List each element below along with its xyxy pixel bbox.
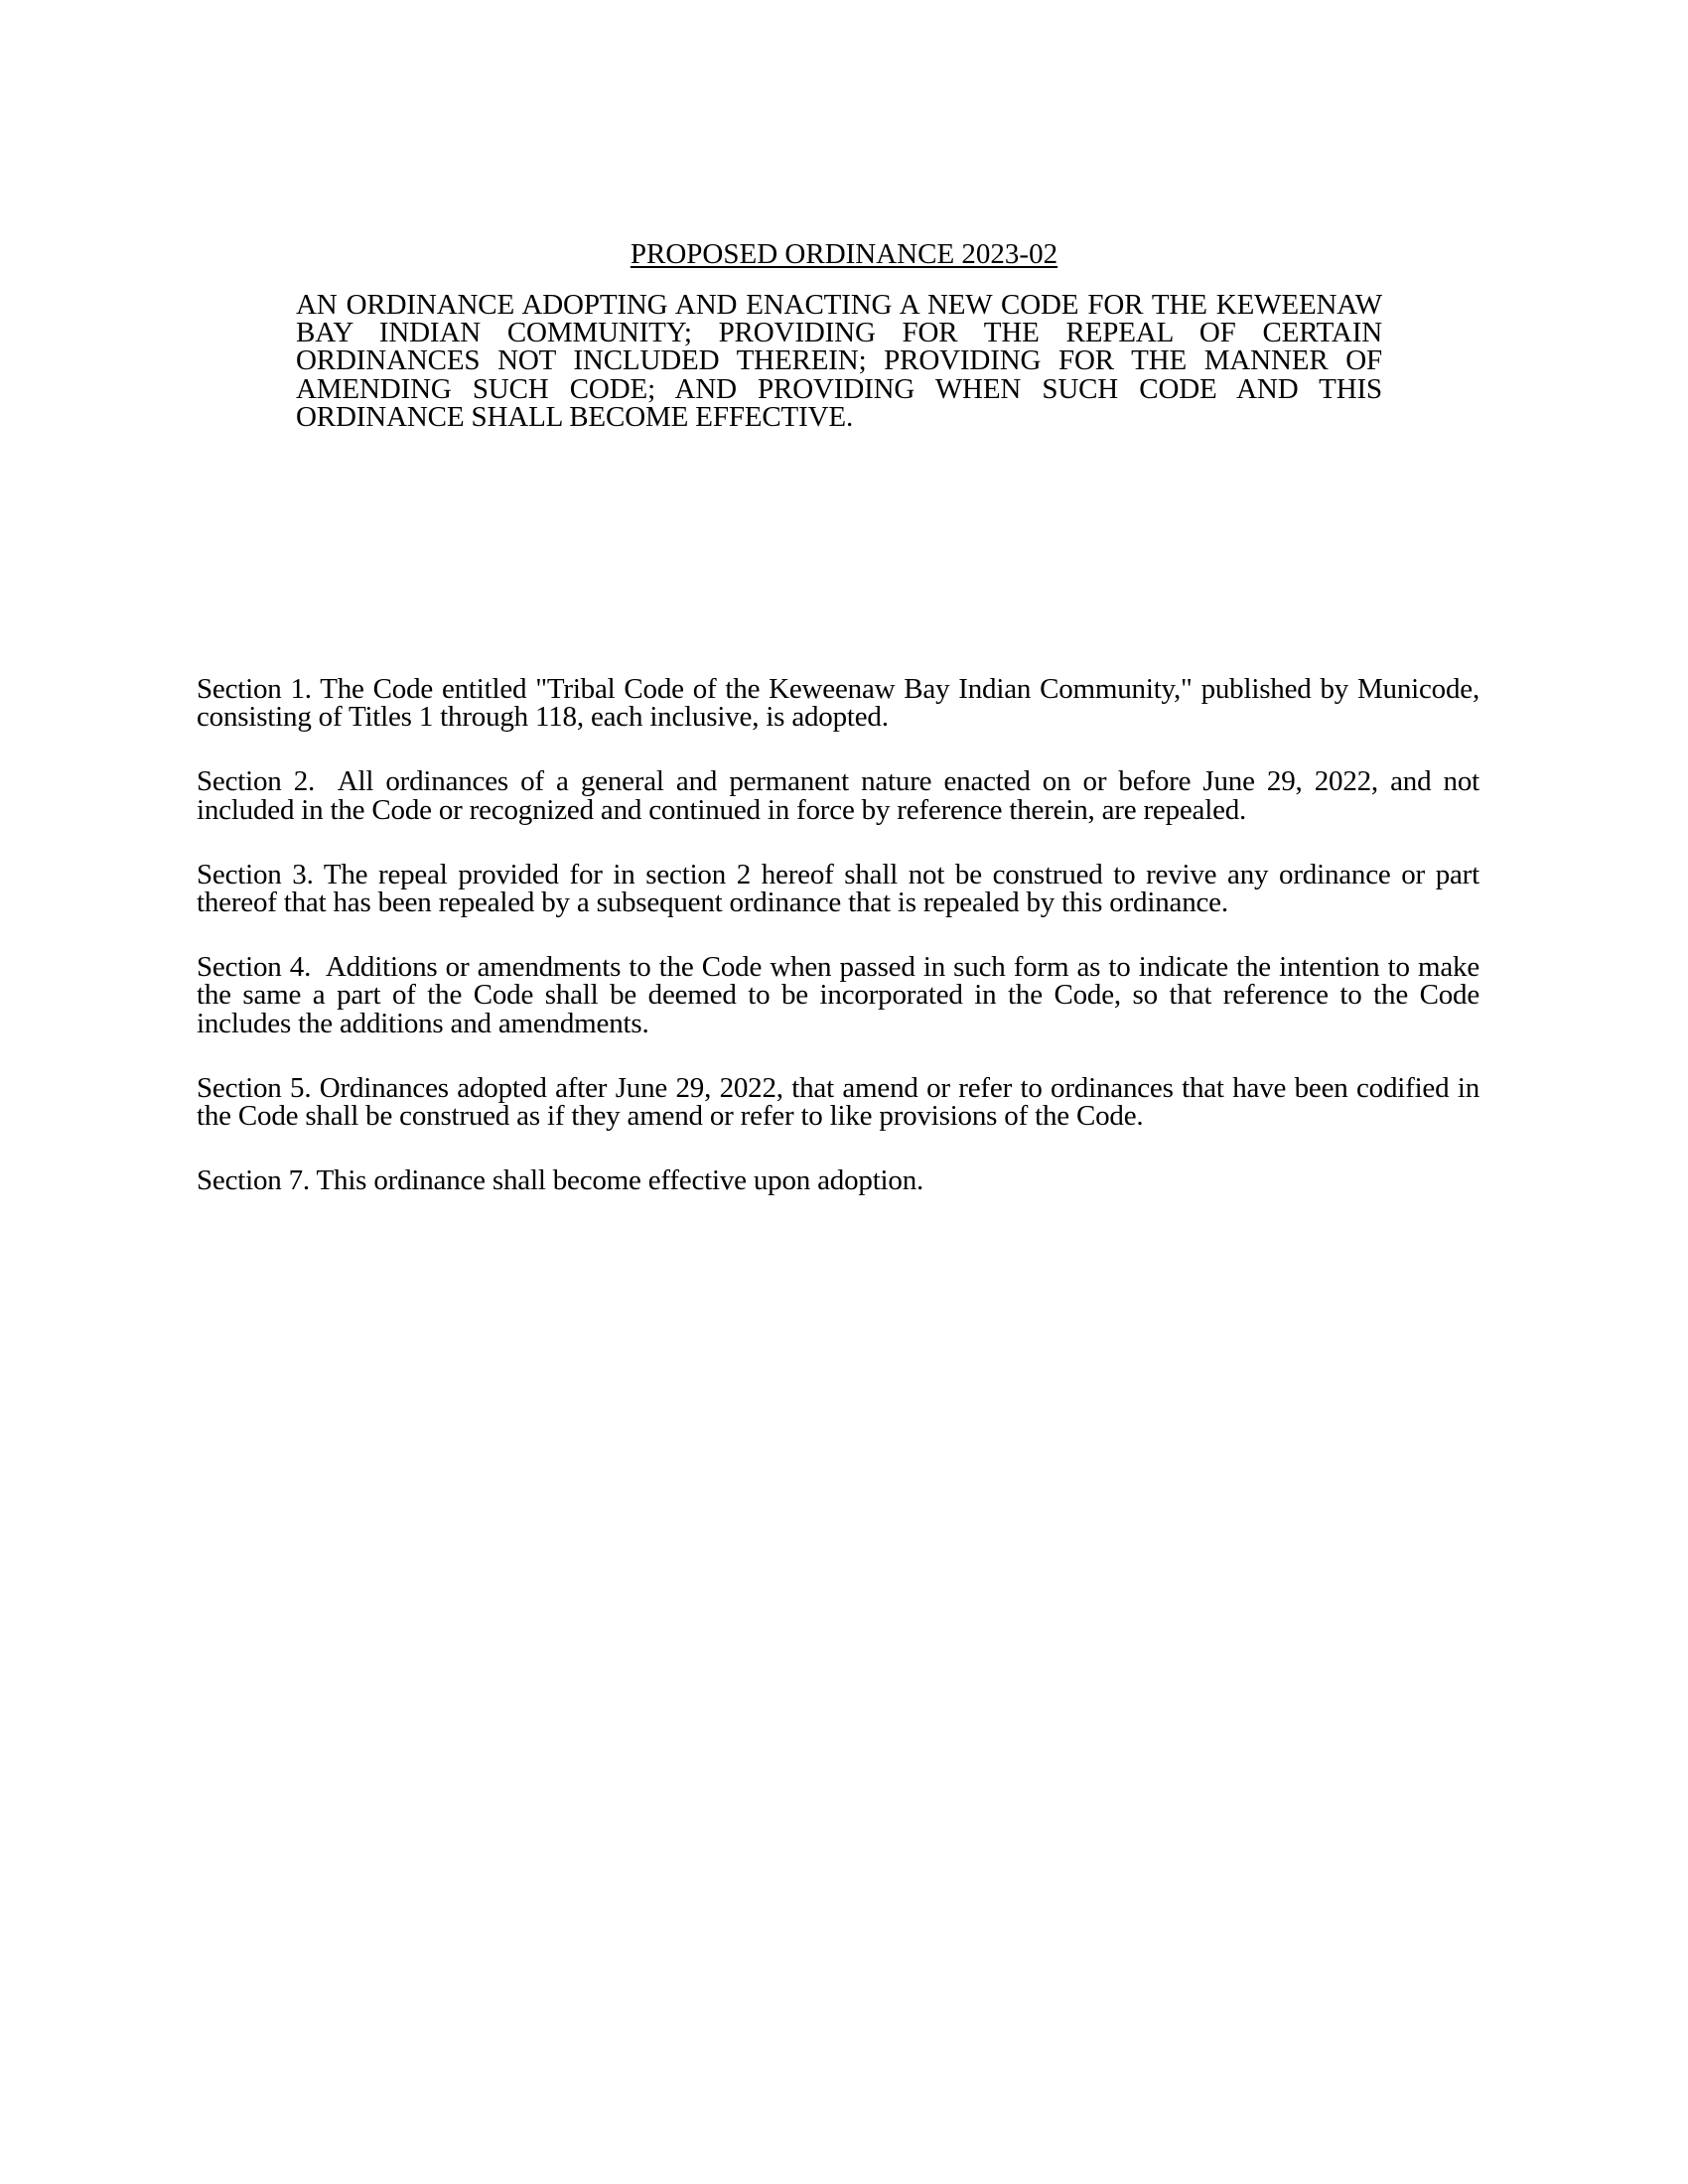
section-4: Section 4. Additions or amendments to th…: [197, 953, 1479, 1037]
document-title-text: PROPOSED ORDINANCE 2023-02: [631, 238, 1057, 270]
document-title: PROPOSED ORDINANCE 2023-02: [0, 236, 1688, 272]
document-page: PROPOSED ORDINANCE 2023-02 AN ORDINANCE …: [0, 0, 1688, 2184]
ordinance-body: Section 1. The Code entitled "Tribal Cod…: [197, 675, 1479, 1231]
section-3: Section 3. The repeal provided for in se…: [197, 861, 1479, 916]
section-5: Section 5. Ordinances adopted after June…: [197, 1074, 1479, 1130]
section-7: Section 7. This ordinance shall become e…: [197, 1166, 1479, 1194]
ordinance-preamble: AN ORDINANCE ADOPTING AND ENACTING A NEW…: [296, 291, 1382, 431]
section-1: Section 1. The Code entitled "Tribal Cod…: [197, 675, 1479, 731]
section-2: Section 2. All ordinances of a general a…: [197, 767, 1479, 823]
